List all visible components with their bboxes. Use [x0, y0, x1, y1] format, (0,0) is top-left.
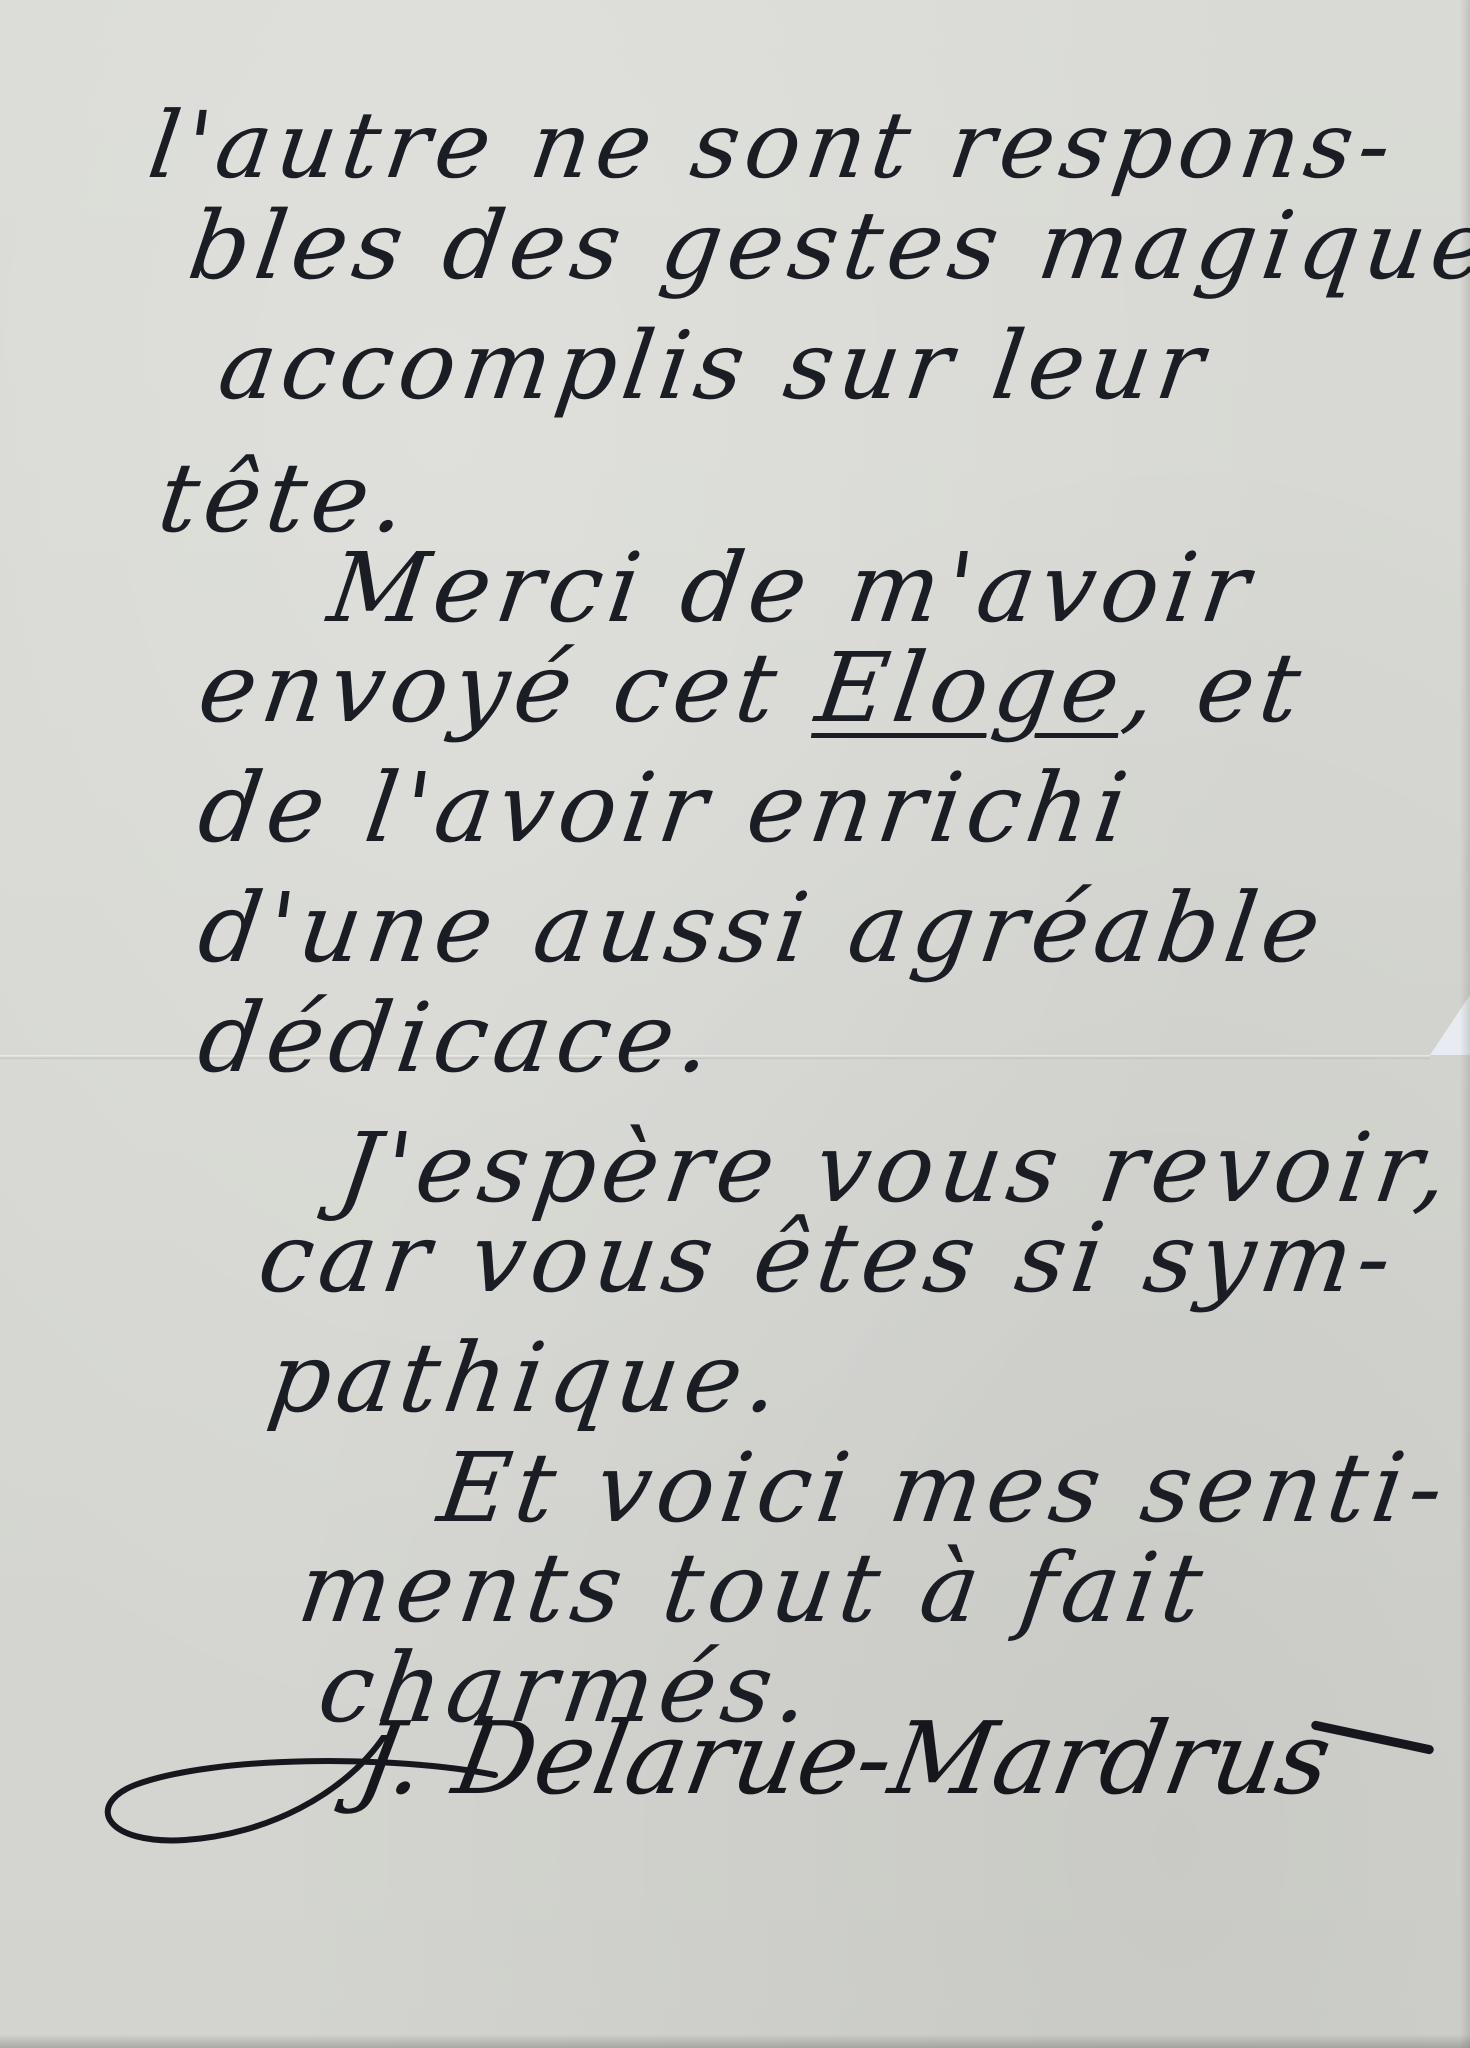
letter-line: Et voici mes senti-	[433, 1440, 1455, 1536]
letter-line: accomplis sur leur	[213, 320, 1214, 414]
letter-line: car vous êtes si sym-	[253, 1210, 1403, 1306]
signature-flourish	[95, 1735, 515, 1865]
letter-line: dédicace.	[193, 990, 723, 1086]
letter-text: , et	[1117, 632, 1313, 744]
letter-line: pathique.	[263, 1330, 791, 1426]
page-edge-shadow	[1460, 0, 1470, 2048]
letter-line: ments tout à fait	[293, 1540, 1214, 1636]
underlined-title-eloge: Eloge	[810, 632, 1133, 744]
letter-line: d'une aussi agréable	[193, 880, 1332, 976]
letter-line: Merci de m'avoir	[323, 540, 1261, 636]
letter-page: l'autre ne sont respons- bles des gestes…	[0, 0, 1470, 2048]
letter-line: l'autre ne sont respons-	[144, 100, 1403, 192]
letter-line: envoyé cet Eloge, et	[193, 640, 1312, 736]
letter-line: de l'avoir enrichi	[193, 760, 1138, 856]
letter-line: bles des gestes magiques	[183, 200, 1470, 294]
page-bottom-shadow	[0, 2034, 1470, 2048]
letter-text: envoyé cet	[192, 632, 826, 744]
